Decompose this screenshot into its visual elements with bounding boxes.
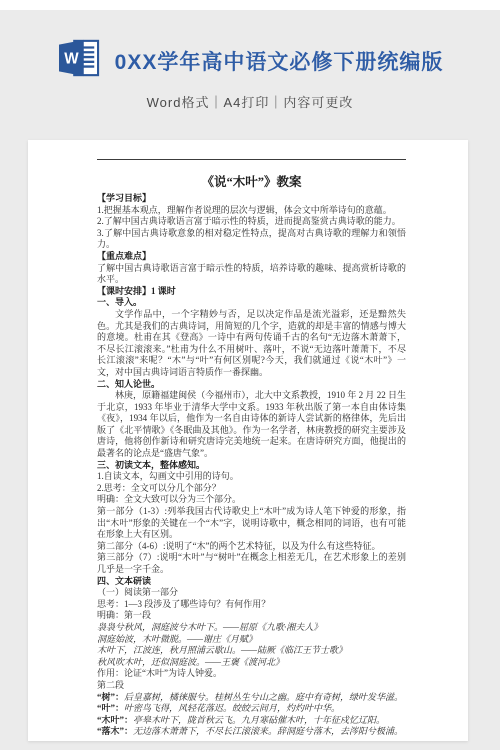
- paragraph: 第二部分（4-6）:说明了“木”的两个艺术特征，以及为什么有这些特征。: [97, 541, 406, 553]
- paragraph: 文学作品中，一个字精妙与否，足以决定作品是流光溢彩，还是黯然失色。尤其是我们的古…: [97, 309, 406, 379]
- paragraph: 林庚，原籍福建闽侯（今福州市），北大中文系教授，1910 年 2 月 22 日生…: [97, 390, 406, 460]
- quote-text: 亭皋木叶下，陇首秋云飞。九月寒砧催木叶，十年征戍忆辽阳。: [133, 715, 385, 725]
- paragraph: “树”：后皇嘉树，橘徕服兮。桂树丛生兮山之幽。庭中有奇树，绿叶发华滋。: [97, 692, 406, 704]
- paragraph: “木叶”：亭皋木叶下，陇首秋云飞。九月寒砧催木叶，十年征戍忆辽阳。: [97, 715, 406, 727]
- word-logo-letter: W: [64, 51, 79, 68]
- paragraph: 明确：全文大致可以分为三个部分。: [97, 494, 406, 506]
- paragraph: 了解中国古典诗歌语言富于暗示性的特质，培养诗歌的趣味、提高赏析诗歌的水平。: [97, 263, 406, 286]
- divider-line: [97, 159, 406, 160]
- paragraph: （一）阅读第一部分: [97, 587, 406, 599]
- paragraph: 1.自读文本，勾画文中引用的诗句。: [97, 471, 406, 483]
- paragraph: 第一部分（1-3）:列举我国古代诗歌史上“木叶”成为诗人笔下钟爱的形象，指出“木…: [97, 506, 406, 541]
- paragraph: 四、文本研读: [97, 576, 406, 588]
- paragraph: 思考：1—3 段涉及了哪些诗句？有何作用？: [97, 599, 406, 611]
- document-page: 《说“木叶”》教案 【学习目标】1.把握基本观点，理解作者说理的层次与逻辑，体会…: [28, 140, 468, 741]
- paragraph: “叶”：叶密鸟飞得，风轻花落迟。皎皎云间月，灼灼叶中华。: [97, 703, 406, 715]
- quote-text: 叶密鸟飞得，风轻花落迟。皎皎云间月，灼灼叶中华。: [124, 703, 340, 713]
- quote-text: 无边落木萧萧下，不尽长江滚滚来。辞洞庭兮落木，去涔阳兮极浦。: [133, 726, 403, 736]
- paragraph: 2.思考：全文可以分几个部分？: [97, 483, 406, 495]
- paragraph: 第三部分（7）:说明“木叶”与“树叶”在概念上相差无几，在艺术形象上的差别几乎是…: [97, 552, 406, 575]
- quote-lead: “叶”：: [97, 703, 124, 713]
- paragraph: “落木”：无边落木萧萧下，不尽长江滚滚来。辞洞庭兮落木，去涔阳兮极浦。: [97, 726, 406, 738]
- paragraph: 洞庭始波，木叶微脱。——谢庄《月赋》: [97, 634, 406, 646]
- paragraph: 1.把握基本观点，理解作者说理的层次与逻辑，体会文中所举诗句的意蕴。: [97, 205, 406, 217]
- paragraph: 【重点难点】: [97, 251, 406, 263]
- header-row: W 0XX学年高中语文必修下册统编版: [0, 38, 500, 83]
- paragraph: 三、初读文本，整体感知。: [97, 460, 406, 472]
- word-logo-icon: W: [57, 38, 101, 83]
- document-body: 【学习目标】1.把握基本观点，理解作者说理的层次与逻辑，体会文中所举诗句的意蕴。…: [97, 193, 406, 738]
- paragraph: 2.了解中国古典诗歌语言富于暗示性的特质，进而提高鉴赏古典诗歌的能力。: [97, 216, 406, 228]
- quote-lead: “木叶”：: [97, 715, 133, 725]
- quote-lead: “树”：: [97, 692, 124, 702]
- paragraph: 3.了解中国古典诗歌意象的相对稳定性特点，提高对古典诗歌的理解力和领悟力。: [97, 228, 406, 251]
- quote-text: 后皇嘉树，橘徕服兮。桂树丛生兮山之幽。庭中有奇树，绿叶发华滋。: [124, 692, 403, 702]
- paragraph: 木叶下，江波连，秋月照浦云歇山。——陆厥《临江王节士歌》: [97, 645, 406, 657]
- page-subtitle: Word格式｜A4打印｜内容可更改: [0, 92, 500, 111]
- paragraph: 第二段: [97, 680, 406, 692]
- paragraph: 【课时安排】1 课时: [97, 286, 406, 298]
- paragraph: 二、知人论世。: [97, 379, 406, 391]
- paragraph: 作用：论证“木叶”为诗人钟爱。: [97, 668, 406, 680]
- document-inner: 《说“木叶”》教案 【学习目标】1.把握基本观点，理解作者说理的层次与逻辑，体会…: [28, 140, 468, 738]
- paragraph: 袅袅兮秋风，洞庭波兮木叶下。——屈原《九歌·湘夫人》: [97, 622, 406, 634]
- page-title: 0XX学年高中语文必修下册统编版: [115, 46, 444, 76]
- paragraph: 一、导入。: [97, 297, 406, 309]
- top-strip: [0, 0, 500, 10]
- document-title: 《说“木叶”》教案: [97, 172, 406, 190]
- paragraph: 秋风吹木叶，还似洞庭波。——王褒《渡河北》: [97, 657, 406, 669]
- quote-lead: “落木”：: [97, 726, 133, 736]
- paragraph: 明确：第一段: [97, 610, 406, 622]
- header: W 0XX学年高中语文必修下册统编版 Word格式｜A4打印｜内容可更改: [0, 10, 500, 111]
- paragraph: 【学习目标】: [97, 193, 406, 205]
